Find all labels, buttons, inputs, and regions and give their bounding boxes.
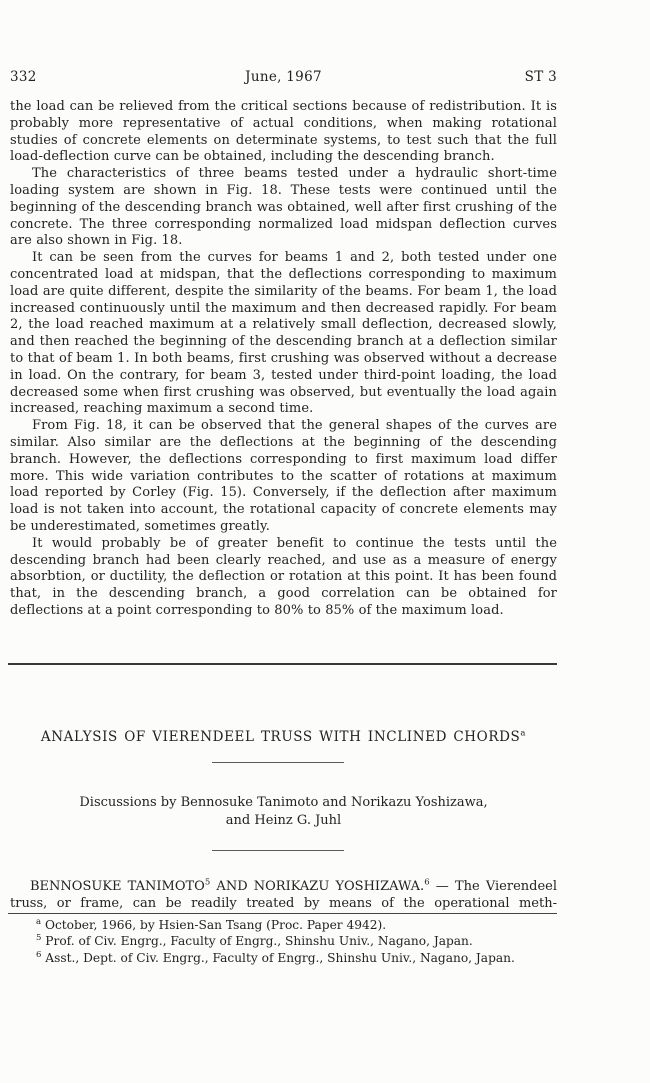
footnote-6: 6 Asst., Dept. of Civ. Engrg., Faculty o… bbox=[10, 950, 557, 966]
opening-line1: BENNOSUKE TANIMOTO5 AND NORIKAZU YOSHIZA… bbox=[10, 878, 557, 895]
article-body: the load can be relieved from the critic… bbox=[10, 99, 557, 620]
footnote-text: October, 1966, by Hsien-San Tsang (Proc.… bbox=[45, 918, 386, 932]
section-code: ST 3 bbox=[322, 69, 557, 85]
journal-page: 332 June, 1967 ST 3 the load can be reli… bbox=[0, 0, 650, 1083]
byline-line2: and Heinz G. Juhl bbox=[10, 812, 557, 830]
footnote-text: Prof. of Civ. Engrg., Faculty of Engrg.,… bbox=[45, 934, 473, 948]
body-paragraph: It can be seen from the curves for beams… bbox=[10, 250, 557, 418]
body-paragraph: The characteristics of three beams teste… bbox=[10, 166, 557, 250]
body-paragraph: From Fig. 18, it can be observed that th… bbox=[10, 418, 557, 536]
title-rule bbox=[212, 762, 344, 763]
body-paragraph: It would probably be of greater benefit … bbox=[10, 536, 557, 620]
byline-rule bbox=[212, 850, 344, 851]
byline-line1: Discussions by Bennosuke Tanimoto and No… bbox=[10, 794, 557, 812]
footnote-text: Asst., Dept. of Civ. Engrg., Faculty of … bbox=[45, 951, 515, 965]
discussion-opening-paragraph: BENNOSUKE TANIMOTO5 AND NORIKAZU YOSHIZA… bbox=[10, 878, 557, 912]
opening-lead-text: — The Vierendeel bbox=[430, 879, 557, 894]
footnote-5: 5 Prof. of Civ. Engrg., Faculty of Engrg… bbox=[10, 933, 557, 949]
title-footnote-marker: a bbox=[520, 729, 526, 739]
discussion-title: ANALYSIS OF VIERENDEEL TRUSS WITH INCLIN… bbox=[10, 729, 557, 745]
footnotes: a October, 1966, by Hsien-San Tsang (Pro… bbox=[10, 917, 557, 966]
page-number: 332 bbox=[10, 69, 245, 85]
issue-date: June, 1967 bbox=[245, 69, 322, 85]
body-paragraph: the load can be relieved from the critic… bbox=[10, 99, 557, 166]
footnote-a: a October, 1966, by Hsien-San Tsang (Pro… bbox=[10, 917, 557, 933]
footnote-marker: 6 bbox=[36, 950, 41, 960]
opening-author2: AND NORIKAZU YOSHIZAWA. bbox=[210, 879, 424, 894]
footnote-marker: 5 bbox=[36, 933, 41, 943]
running-head: 332 June, 1967 ST 3 bbox=[10, 69, 557, 85]
byline: Discussions by Bennosuke Tanimoto and No… bbox=[10, 794, 557, 830]
opening-line2: truss, or frame, can be readily treated … bbox=[10, 895, 557, 912]
discussion-title-text: ANALYSIS OF VIERENDEEL TRUSS WITH INCLIN… bbox=[41, 729, 520, 745]
footnote-rule bbox=[8, 913, 557, 914]
section-divider bbox=[8, 663, 557, 665]
opening-author1: BENNOSUKE TANIMOTO bbox=[30, 879, 205, 894]
footnote-marker: a bbox=[36, 917, 41, 927]
